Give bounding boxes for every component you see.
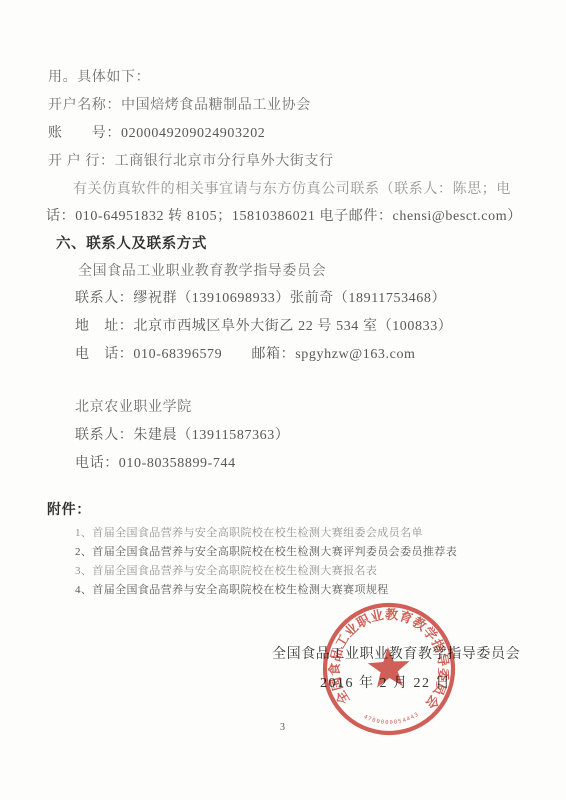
- software-note-line2: 话：010-64951832 转 8105；15810386021 电子邮件：c…: [46, 209, 522, 225]
- section-heading-contacts: 六、联系人及联系方式: [56, 236, 207, 253]
- bank-account-number: 账 号：0200049209024903202: [48, 126, 265, 142]
- document-page: 用。具体如下： 开户名称：中国焙烤食品糖制品工业协会 账 号：020004920…: [0, 0, 566, 800]
- seal-star-icon: [367, 646, 411, 688]
- org1-phone-email: 电 话：010-68396579 邮箱：spgyhzw@163.com: [75, 347, 416, 363]
- org1-address: 地 址：北京市西城区阜外大街乙 22 号 534 室（100833）: [75, 319, 452, 335]
- seal-serial-number: 4700000054443: [362, 711, 421, 727]
- bank-branch: 开 户 行：工商银行北京市分行阜外大街支行: [48, 154, 334, 170]
- official-seal: 全国食品工业职业教育教学指导委员会 4700000054443: [310, 590, 468, 748]
- seal-serial-holder: 4700000054443: [362, 711, 421, 727]
- org1-contacts: 联系人：缪祝群（13910698933）张前奇（18911753468）: [75, 291, 446, 307]
- org2-phone: 电话：010-80358899-744: [75, 456, 236, 472]
- org2-name: 北京农业职业学院: [75, 400, 192, 416]
- attachment-item: 3、首届全国食品营养与安全高职院校在校生检测大赛报名表: [75, 565, 377, 578]
- attachment-item: 1、首届全国食品营养与安全高职院校在校生检测大赛组委会成员名单: [75, 527, 423, 540]
- bank-account-name: 开户名称：中国焙烤食品糖制品工业协会: [48, 98, 311, 114]
- attachment-item: 2、首届全国食品营养与安全高职院校在校生检测大赛评判委员会委员推荐表: [75, 546, 457, 559]
- org1-name: 全国食品工业职业教育教学指导委员会: [78, 264, 326, 280]
- software-note-line1: 有关仿真软件的相关事宜请与东方仿真公司联系（联系人：陈思；电: [73, 182, 511, 198]
- page-number: 3: [280, 722, 286, 734]
- org2-contacts: 联系人：朱建晨（13911587363）: [75, 428, 289, 444]
- attachments-heading: 附件：: [47, 503, 91, 519]
- attachment-item: 4、首届全国食品营养与安全高职院校在校生检测大赛赛项规程: [75, 584, 389, 597]
- intro-line: 用。具体如下：: [48, 70, 150, 86]
